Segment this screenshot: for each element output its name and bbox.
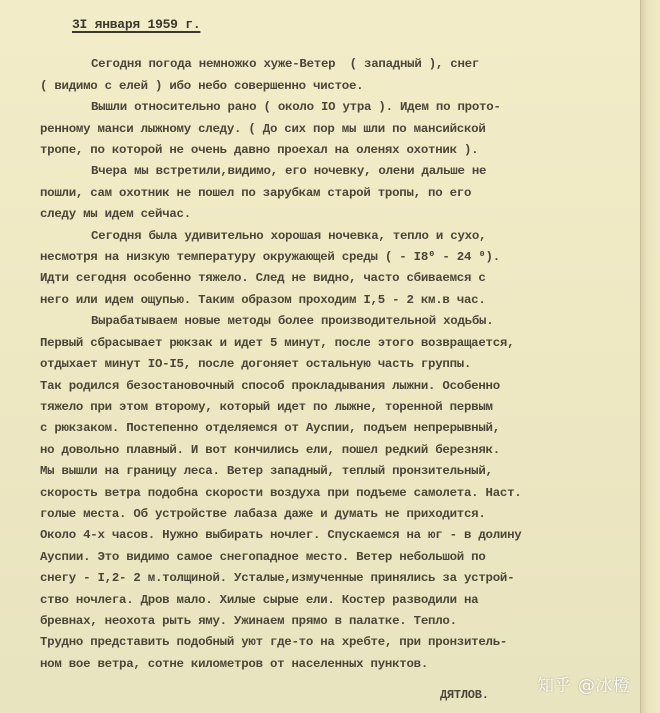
text-line: ренному манси лыжному следу. ( До сих по…	[40, 119, 610, 140]
text-line: Первый сбрасывает рюкзак и идет 5 минут,…	[40, 333, 610, 354]
text-line: него или идем ощупью. Таким образом прох…	[40, 290, 610, 311]
text-line: Трудно представить подобный уют где-то н…	[40, 632, 610, 653]
text-line: Вырабатываем новые методы более производ…	[40, 311, 610, 332]
signature: ДЯТЛОВ.	[40, 685, 610, 706]
text-line: скорость ветра подобна скорости воздуха …	[40, 483, 610, 504]
text-line: Вышли относительно рано ( около IO утра …	[40, 97, 610, 118]
text-line: Вчера мы встретили,видимо, его ночевку, …	[40, 161, 610, 182]
text-line: Так родился безостановочный способ прокл…	[40, 376, 610, 397]
typewritten-diary-entry: 3I января 1959 г. Сегодня погода немножк…	[40, 14, 610, 707]
text-line: отдыхает минут IO-I5, после догоняет ост…	[40, 354, 610, 375]
text-line: Ауспии. Это видимо самое снегопадное мес…	[40, 547, 610, 568]
text-line: ( видимо с елей ) ибо небо совершенно чи…	[40, 76, 610, 97]
text-line: с рюкзаком. Постепенно отделяемся от Аус…	[40, 418, 610, 439]
text-line: следу мы идем сейчас.	[40, 204, 610, 225]
text-line: Около 4-х часов. Нужно выбирать ночлег. …	[40, 525, 610, 546]
page-edge	[640, 0, 660, 713]
text-line: тропе, по которой не очень давно проехал…	[40, 140, 610, 161]
date-heading: 3I января 1959 г.	[72, 14, 200, 35]
text-line: Мы вышли на границу леса. Ветер западный…	[40, 461, 610, 482]
text-line: бревнах, неохота рыть яму. Ужинаем прямо…	[40, 611, 610, 632]
text-line: Идти сегодня особенно тяжело. След не ви…	[40, 268, 610, 289]
text-line: Сегодня погода немножко хуже-Ветер ( зап…	[40, 54, 610, 75]
text-line: голые места. Об устройстве лабаза даже и…	[40, 504, 610, 525]
text-line: снегу - I,2- 2 м.толщиной. Усталые,измуч…	[40, 568, 610, 589]
text-line: но довольно плавный. И вот кончились ели…	[40, 440, 610, 461]
text-line: Сегодня была удивительно хорошая ночевка…	[40, 226, 610, 247]
text-line: пошли, сам охотник не пошел по зарубкам …	[40, 183, 610, 204]
text-line: ство ночлега. Дров мало. Хилые сырые ели…	[40, 590, 610, 611]
diary-body: Сегодня погода немножко хуже-Ветер ( зап…	[40, 54, 610, 675]
text-line: несмотря на низкую температуру окружающе…	[40, 247, 610, 268]
text-line: тяжело при этом второму, который идет по…	[40, 397, 610, 418]
text-line: ном вое ветра, сотне километров от насел…	[40, 654, 610, 675]
watermark-zhihu: 知乎 @冰橙	[537, 671, 630, 696]
